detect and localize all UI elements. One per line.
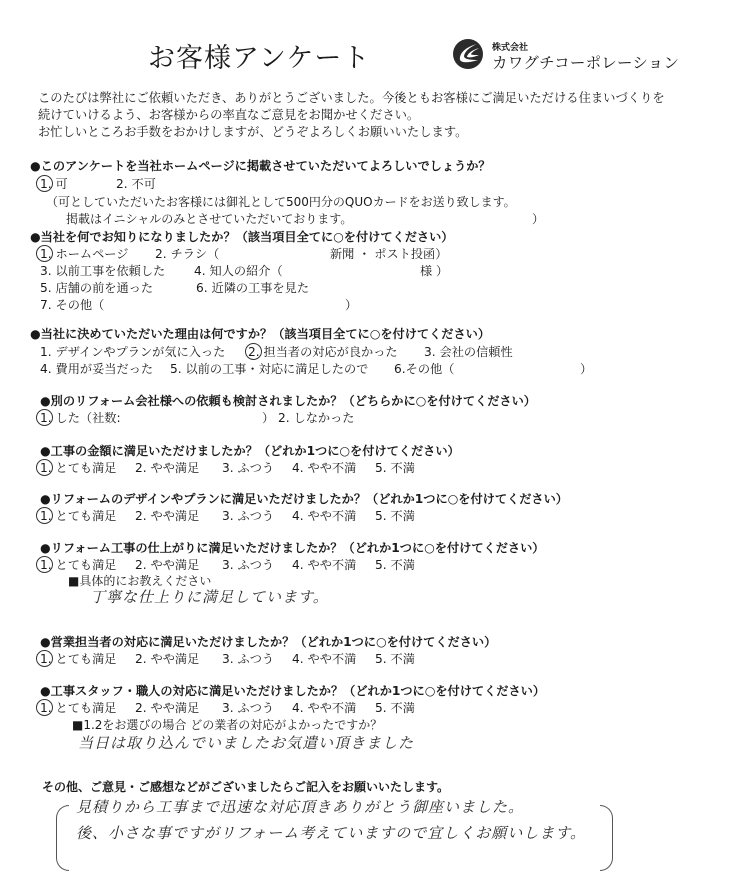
- option-other[interactable]: 6.その他（: [394, 360, 454, 377]
- option-somewhat-dissatisfied[interactable]: 4. やや不満: [292, 459, 356, 476]
- option-neutral[interactable]: 3. ふつう: [222, 699, 274, 716]
- intro-line: 続けていけるよう、お客様からの率直なご意見をお聞かせください。: [38, 107, 665, 124]
- option-very-satisfied[interactable]: 1. とても満足: [40, 650, 116, 667]
- option-considered-close: ）: [262, 409, 274, 426]
- option-very-satisfied[interactable]: 1. とても満足: [40, 507, 116, 524]
- question-staff-satisfaction: ●工事スタッフ・職人の対応に満足いただけましたか？（どれか1つに○を付けてくださ…: [40, 682, 545, 699]
- comment-bracket-right: [600, 805, 613, 871]
- option-staff-response[interactable]: 2. 担当者の対応が良かった: [248, 343, 398, 360]
- option-reasonable-cost[interactable]: 4. 費用が妥当だった: [40, 360, 153, 377]
- option-store-front[interactable]: 5. 店舗の前を通った: [40, 279, 153, 296]
- page-title: お客様アンケート: [148, 36, 370, 75]
- intro-line: お忙しいところお手数をおかけしますが、どうぞよろしくお願いいたします。: [38, 124, 665, 141]
- handwritten-finish-comment[interactable]: 丁寧な仕上りに満足しています。: [90, 586, 329, 607]
- option-dissatisfied[interactable]: 5. 不満: [375, 459, 415, 476]
- option-dissatisfied[interactable]: 5. 不満: [375, 507, 415, 524]
- question-other-companies: ●別のリフォーム会社様への依頼も検討されましたか？（どちらかに○を付けてください…: [40, 392, 536, 409]
- option-somewhat-dissatisfied[interactable]: 4. やや不満: [292, 699, 356, 716]
- option-somewhat-satisfied[interactable]: 2. やや満足: [135, 459, 199, 476]
- option-other-close: ）: [580, 360, 592, 377]
- note-close-paren: ）: [532, 210, 544, 227]
- option-dissatisfied[interactable]: 5. 不満: [375, 650, 415, 667]
- question-how-found: ●当社を何でお知りになりましたか？（該当項目全てに○を付けてください）: [30, 228, 453, 245]
- handwritten-staff-comment[interactable]: 当日は取り込んでいましたお気遣い頂きました: [78, 732, 414, 753]
- option-not-considered[interactable]: 2. しなかった: [278, 409, 354, 426]
- option-company-trust[interactable]: 3. 会社の信頼性: [424, 343, 513, 360]
- option-somewhat-dissatisfied[interactable]: 4. やや不満: [292, 556, 356, 573]
- option-flyer[interactable]: 2. チラシ（: [155, 245, 219, 262]
- option-somewhat-satisfied[interactable]: 2. やや満足: [135, 650, 199, 667]
- which-contractor-label: ■1.2をお選びの場合 どの業者の対応がよかったですか？: [72, 716, 382, 733]
- option-considered[interactable]: 1. した（社数:: [40, 409, 121, 426]
- option-neutral[interactable]: 3. ふつう: [222, 507, 274, 524]
- option-somewhat-dissatisfied[interactable]: 4. やや不満: [292, 650, 356, 667]
- option-somewhat-dissatisfied[interactable]: 4. やや不満: [292, 507, 356, 524]
- question-sales-satisfaction: ●営業担当者の対応に満足いただけましたか？（どれか1つに○を付けてください）: [40, 633, 496, 650]
- company-logo-icon: [452, 38, 484, 70]
- option-disallow[interactable]: 2. 不可: [116, 175, 156, 192]
- option-homepage[interactable]: 1. ホームページ: [40, 245, 128, 262]
- intro-text: このたびは弊社にご依頼いただき、ありがとうございました。今後ともお客様にご満足い…: [38, 90, 665, 141]
- option-design-plan[interactable]: 1. デザインやプランが気に入った: [40, 343, 225, 360]
- option-neutral[interactable]: 3. ふつう: [222, 650, 274, 667]
- option-very-satisfied[interactable]: 1. とても満足: [40, 459, 116, 476]
- question-publish-permission: ●このアンケートを当社ホームページに掲載させていただいてよろしいでしょうか？: [30, 157, 491, 174]
- option-nearby-work[interactable]: 6. 近隣の工事を見た: [196, 279, 309, 296]
- option-dissatisfied[interactable]: 5. 不満: [375, 699, 415, 716]
- intro-line: このたびは弊社にご依頼いただき、ありがとうございました。今後ともお客様にご満足い…: [38, 90, 665, 107]
- option-flyer-detail: 新聞 ・ ポスト投函）: [330, 245, 447, 262]
- option-dissatisfied[interactable]: 5. 不満: [375, 556, 415, 573]
- comments-label: その他、ご意見・ご感想などがございましたらご記入をお願いいたします。: [42, 778, 449, 795]
- company-name: カワグチコーポレーション: [492, 51, 679, 73]
- question-reason-chosen: ●当社に決めていただいた理由は何ですか？（該当項目全てに○を付けてください）: [30, 325, 490, 342]
- handwritten-comment-line-2[interactable]: 後、小さな事ですがリフォーム考えていますので宜しくお願いします。: [76, 822, 586, 843]
- company-logo: 株式会社 カワグチコーポレーション: [452, 38, 672, 78]
- option-referral-suffix: 様 ）: [420, 262, 448, 279]
- comment-bracket-left: [56, 805, 69, 871]
- handwritten-comment-line-1[interactable]: 見積りから工事まで迅速な対応頂きありがとう御座いました。: [76, 796, 524, 817]
- option-very-satisfied[interactable]: 1. とても満足: [40, 556, 116, 573]
- option-somewhat-satisfied[interactable]: 2. やや満足: [135, 507, 199, 524]
- quo-card-note: （可としていただいたお客様には御礼として500円分のQUOカードをお送り致します…: [46, 193, 516, 210]
- question-finish-satisfaction: ●リフォーム工事の仕上がりに満足いただけましたか？（どれか1つに○を付けてくださ…: [40, 539, 544, 556]
- question-design-satisfaction: ●リフォームのデザインやプランに満足いただけましたか？（どれか1つに○を付けてく…: [40, 490, 568, 507]
- option-previous-satisfaction[interactable]: 5. 以前の工事・対応に満足したので: [170, 360, 368, 377]
- option-very-satisfied[interactable]: 1. とても満足: [40, 699, 116, 716]
- option-neutral[interactable]: 3. ふつう: [222, 556, 274, 573]
- option-other[interactable]: 7. その他（: [40, 296, 104, 313]
- option-referral[interactable]: 4. 知人の紹介（: [194, 262, 283, 279]
- option-allow[interactable]: 1. 可: [40, 175, 68, 192]
- option-previous-work[interactable]: 3. 以前工事を依頼した: [40, 262, 165, 279]
- option-somewhat-satisfied[interactable]: 2. やや満足: [135, 699, 199, 716]
- option-other-close: ）: [345, 296, 357, 313]
- option-neutral[interactable]: 3. ふつう: [222, 459, 274, 476]
- question-cost-satisfaction: ●工事の金額に満足いただけましたか？（どれか1つに○を付けてください）: [40, 442, 460, 459]
- initials-note: 掲載はイニシャルのみとさせていただいております。: [66, 210, 352, 227]
- option-somewhat-satisfied[interactable]: 2. やや満足: [135, 556, 199, 573]
